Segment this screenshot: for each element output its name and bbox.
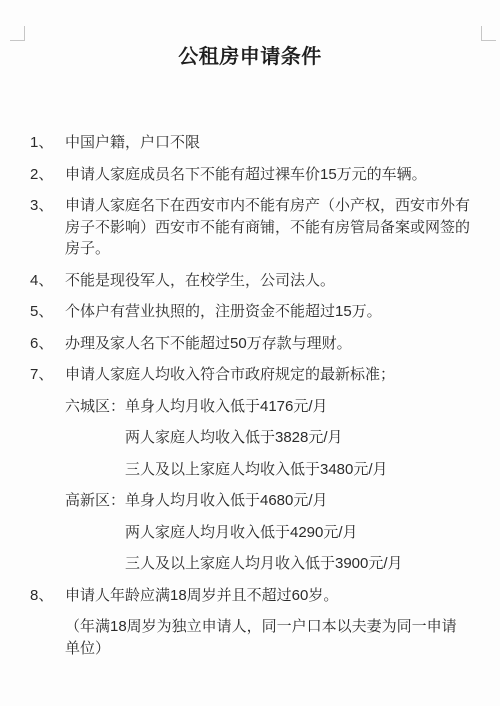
item-number: 8、 bbox=[30, 585, 65, 607]
item-text: 申请人年龄应满18周岁并且不超过60岁。 bbox=[65, 585, 470, 607]
item-number: 3、 bbox=[30, 195, 65, 260]
income-line: 单身人均月收入低于4680元/月 bbox=[125, 490, 470, 512]
item-text: 个体户有营业执照的，注册资金不能超过15万。 bbox=[65, 301, 470, 323]
list-item-8: 8、 申请人年龄应满18周岁并且不超过60岁。 bbox=[30, 585, 470, 607]
list-item-3: 3、 申请人家庭名下在西安市内不能有房产（小产权，西安市外有房子不影响）西安市不… bbox=[30, 195, 470, 260]
list-item-1: 1、 中国户籍，户口不限 bbox=[30, 132, 470, 154]
list-item-6: 6、 办理及家人名下不能超过50万存款与理财。 bbox=[30, 333, 470, 355]
list-item-7: 7、 申请人家庭人均收入符合市政府规定的最新标准； bbox=[30, 364, 470, 386]
income-line: 两人家庭人均收入低于3828元/月 bbox=[125, 427, 470, 449]
income-lines: 单身人均月收入低于4680元/月 两人家庭人均月收入低于4290元/月 三人及以… bbox=[125, 490, 470, 585]
item-number: 4、 bbox=[30, 270, 65, 292]
item-text: 申请人家庭人均收入符合市政府规定的最新标准； bbox=[65, 364, 470, 386]
item-text: 申请人家庭成员名下不能有超过裸车价15万元的车辆。 bbox=[65, 164, 470, 186]
district-label: 高新区： bbox=[65, 490, 125, 585]
income-line: 单身人均月收入低于4176元/月 bbox=[125, 396, 470, 418]
district-label: 六城区： bbox=[65, 396, 125, 491]
conditions-list: 1、 中国户籍，户口不限 2、 申请人家庭成员名下不能有超过裸车价15万元的车辆… bbox=[0, 132, 500, 659]
item-number: 6、 bbox=[30, 333, 65, 355]
page-corner-mark-left bbox=[10, 26, 25, 41]
list-item-2: 2、 申请人家庭成员名下不能有超过裸车价15万元的车辆。 bbox=[30, 164, 470, 186]
list-item-5: 5、 个体户有营业执照的，注册资金不能超过15万。 bbox=[30, 301, 470, 323]
income-line: 三人及以上家庭人均月收入低于3900元/月 bbox=[125, 553, 470, 575]
income-lines: 单身人均月收入低于4176元/月 两人家庭人均收入低于3828元/月 三人及以上… bbox=[125, 396, 470, 491]
item-text: 不能是现役军人，在校学生，公司法人。 bbox=[65, 270, 470, 292]
item-number: 5、 bbox=[30, 301, 65, 323]
income-standard-hightech-district: 高新区： 单身人均月收入低于4680元/月 两人家庭人均月收入低于4290元/月… bbox=[65, 490, 470, 585]
item-text: 中国户籍，户口不限 bbox=[65, 132, 470, 154]
page-corner-mark-right bbox=[481, 26, 496, 41]
item-text: 申请人家庭名下在西安市内不能有房产（小产权，西安市外有房子不影响）西安市不能有商… bbox=[65, 195, 470, 260]
item-text: 办理及家人名下不能超过50万存款与理财。 bbox=[65, 333, 470, 355]
item-number: 1、 bbox=[30, 132, 65, 154]
item-number: 2、 bbox=[30, 164, 65, 186]
income-line: 三人及以上家庭人均收入低于3480元/月 bbox=[125, 459, 470, 481]
item-number: 7、 bbox=[30, 364, 65, 386]
list-item-4: 4、 不能是现役军人，在校学生，公司法人。 bbox=[30, 270, 470, 292]
income-standard-six-districts: 六城区： 单身人均月收入低于4176元/月 两人家庭人均收入低于3828元/月 … bbox=[65, 396, 470, 491]
income-line: 两人家庭人均月收入低于4290元/月 bbox=[125, 522, 470, 544]
page-title: 公租房申请条件 bbox=[0, 0, 500, 69]
item-8-note: （年满18周岁为独立申请人，同一户口本以夫妻为同一申请单位） bbox=[65, 616, 470, 659]
document-page: 公租房申请条件 1、 中国户籍，户口不限 2、 申请人家庭成员名下不能有超过裸车… bbox=[0, 0, 500, 706]
